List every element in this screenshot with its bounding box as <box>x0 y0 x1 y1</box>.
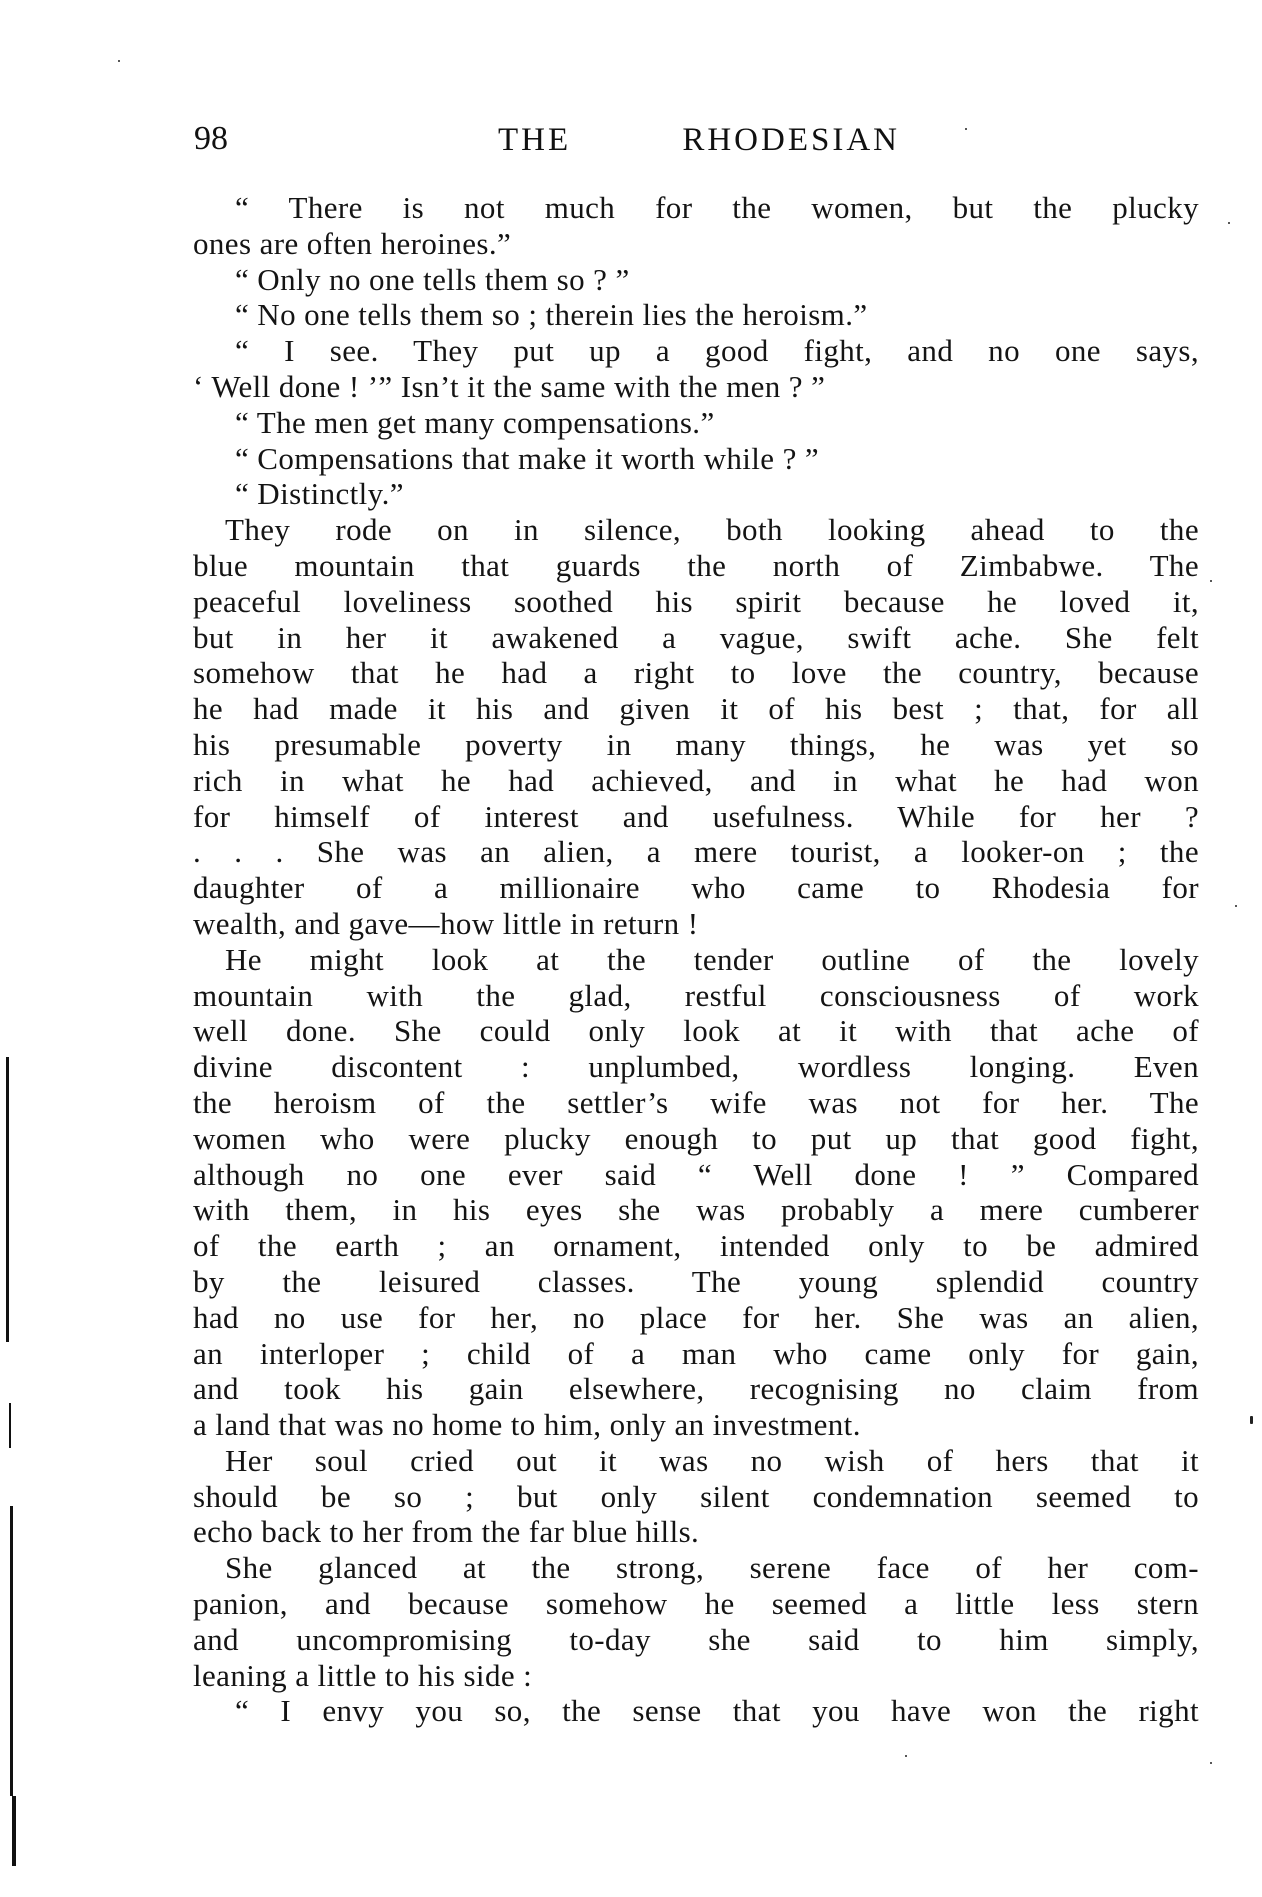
text-line: by the leisured classes. The young splen… <box>193 1264 1199 1300</box>
text-line: had no use for her, no place for her. Sh… <box>193 1300 1199 1336</box>
text-line: “ The men get many compensations.” <box>193 405 1199 441</box>
scan-edge-line <box>9 1403 11 1448</box>
text-line: He might look at the tender outline of t… <box>193 942 1199 978</box>
scan-speck <box>905 1755 907 1757</box>
text-line: . . . She was an alien, a mere tourist, … <box>193 834 1199 870</box>
text-line: for himself of interest and usefulness. … <box>193 799 1199 835</box>
text-line: “ There is not much for the women, but t… <box>193 190 1199 226</box>
scan-speck <box>118 60 120 62</box>
text-line: his presumable poverty in many things, h… <box>193 727 1199 763</box>
page-body-text: “ There is not much for the women, but t… <box>193 190 1199 1729</box>
scan-speck <box>965 128 967 130</box>
text-line: although no one ever said “ Well done ! … <box>193 1157 1199 1193</box>
scan-speck <box>1210 580 1212 582</box>
text-line: “ Distinctly.” <box>193 476 1199 512</box>
text-line: but in her it awakened a vague, swift ac… <box>193 620 1199 656</box>
text-line: “ Only no one tells them so ? ” <box>193 262 1199 298</box>
text-line: She glanced at the strong, serene face o… <box>193 1550 1199 1586</box>
text-line: somehow that he had a right to love the … <box>193 655 1199 691</box>
text-line: echo back to her from the far blue hills… <box>193 1514 1199 1550</box>
text-line: divine discontent : unplumbed, wordless … <box>193 1049 1199 1085</box>
text-line: peaceful loveliness soothed his spirit b… <box>193 584 1199 620</box>
text-line: and took his gain elsewhere, recognising… <box>193 1371 1199 1407</box>
text-line: well done. She could only look at it wit… <box>193 1013 1199 1049</box>
scan-edge-line <box>6 1057 9 1342</box>
text-line: an interloper ; child of a man who came … <box>193 1336 1199 1372</box>
running-title: THE RHODESIAN <box>498 124 900 157</box>
text-line: women who were plucky enough to put up t… <box>193 1121 1199 1157</box>
scan-speck <box>1228 222 1230 224</box>
text-line: “ I see. They put up a good fight, and n… <box>193 333 1199 369</box>
text-line: of the earth ; an ornament, intended onl… <box>193 1228 1199 1264</box>
page-number: 98 <box>194 122 228 156</box>
text-line: panion, and because somehow he seemed a … <box>193 1586 1199 1622</box>
text-line: and uncompromising to-day she said to hi… <box>193 1622 1199 1658</box>
text-line: mountain with the glad, restful consciou… <box>193 978 1199 1014</box>
text-line: blue mountain that guards the north of Z… <box>193 548 1199 584</box>
text-line: leaning a little to his side : <box>193 1658 1199 1694</box>
text-line: They rode on in silence, both looking ah… <box>193 512 1199 548</box>
scan-edge-line <box>12 1796 16 1866</box>
scan-speck <box>1235 905 1237 907</box>
text-line: the heroism of the settler’s wife was no… <box>193 1085 1199 1121</box>
scan-edge-line <box>10 1506 13 1796</box>
text-line: with them, in his eyes she was probably … <box>193 1192 1199 1228</box>
text-line: should be so ; but only silent condemnat… <box>193 1479 1199 1515</box>
book-page: 98 THE RHODESIAN “ There is not much for… <box>0 0 1262 1897</box>
text-line: rich in what he had achieved, and in wha… <box>193 763 1199 799</box>
text-line: he had made it his and given it of his b… <box>193 691 1199 727</box>
text-line: daughter of a millionaire who came to Rh… <box>193 870 1199 906</box>
text-line: a land that was no home to him, only an … <box>193 1407 1199 1443</box>
text-line: Her soul cried out it was no wish of her… <box>193 1443 1199 1479</box>
scan-speck <box>1250 1416 1253 1424</box>
scan-speck <box>1210 1762 1212 1764</box>
text-line: “ No one tells them so ; therein lies th… <box>193 297 1199 333</box>
text-line: wealth, and gave—how little in return ! <box>193 906 1199 942</box>
text-line: “ I envy you so, the sense that you have… <box>193 1693 1199 1729</box>
text-line: “ Compensations that make it worth while… <box>193 441 1199 477</box>
text-line: ‘ Well done ! ’” Isn’t it the same with … <box>193 369 1199 405</box>
text-line: ones are often heroines.” <box>193 226 1199 262</box>
